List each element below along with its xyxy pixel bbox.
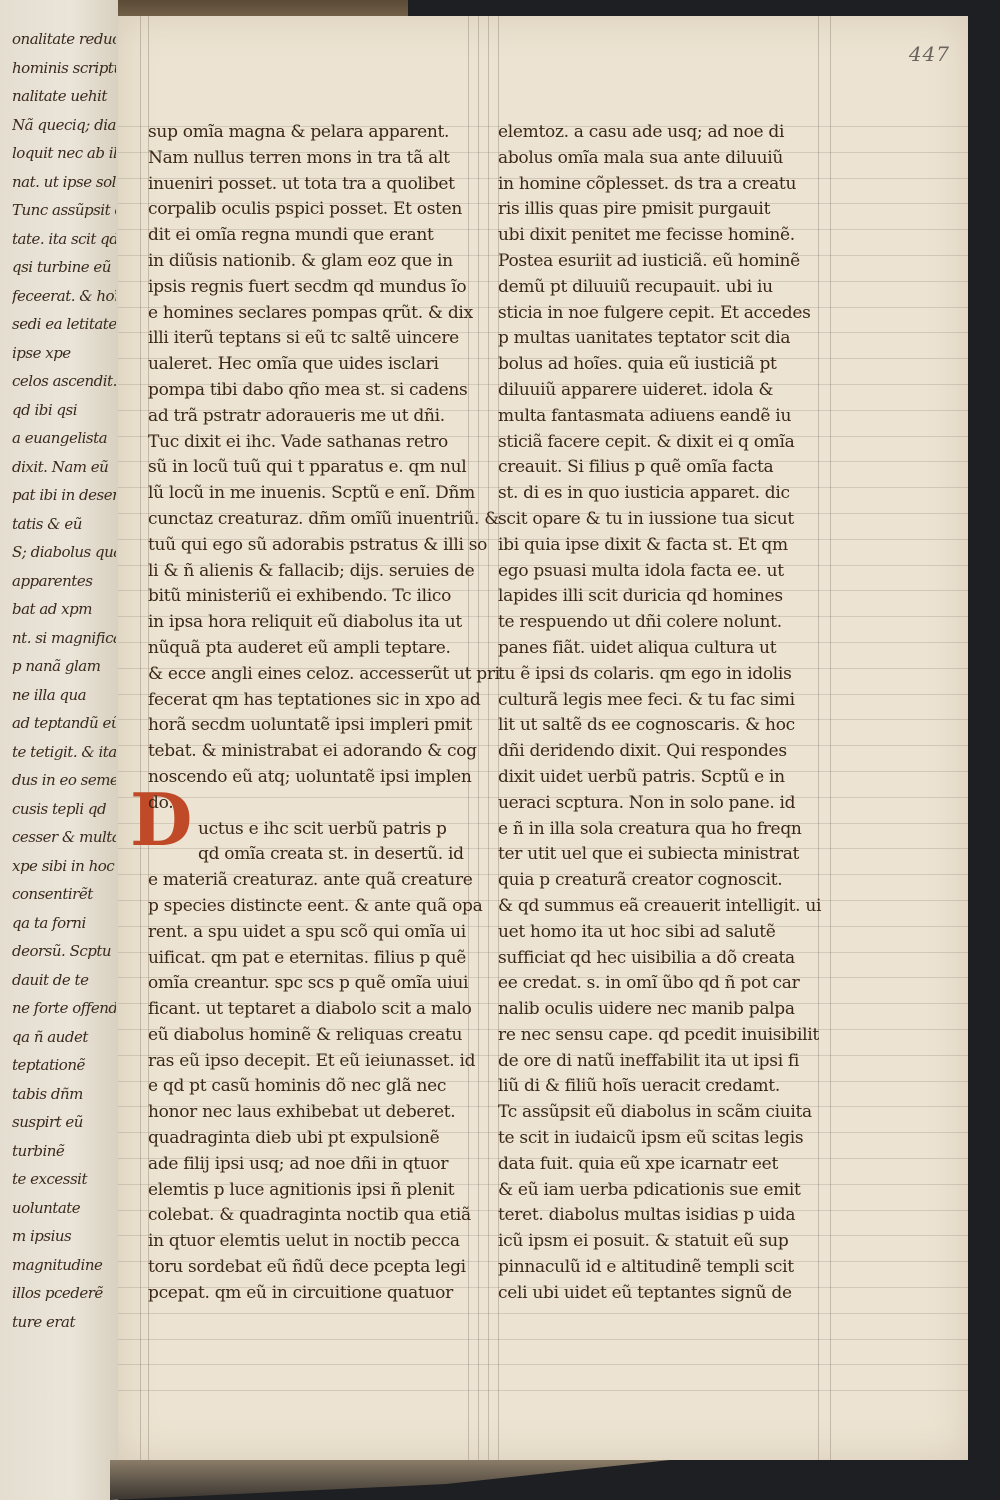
facing-page-text-line: xpe sibi in hoc	[12, 857, 116, 875]
ruling-line	[118, 1313, 968, 1314]
text-line: dit ei omĩa regna mundi que erant	[148, 223, 478, 249]
folio-number: 447	[909, 42, 950, 66]
text-line: uet homo ita ut hoc sibi ad salutẽ	[498, 920, 828, 946]
facing-page-text-line: teptationẽ	[12, 1056, 116, 1074]
text-line: de ore di natũ ineffabilit ita ut ipsi f…	[498, 1049, 828, 1075]
facing-page-text-line: bat ad xpm	[12, 600, 116, 618]
text-line: cunctaz creaturaz. dñm omĩũ inuentriũ. &	[148, 507, 478, 533]
text-line: sticiã facere cepit. & dixit ei q omĩa	[498, 430, 828, 456]
text-line: sũ in locũ tuũ qui t pparatus e. qm nul	[148, 455, 478, 481]
facing-page-text-line: qa ñ audet	[12, 1028, 116, 1046]
text-line: toru sordebat eũ ñdũ dece pcepta legi	[148, 1255, 478, 1281]
text-line: nalib oculis uidere nec manib palpa	[498, 997, 828, 1023]
facing-page-text-line: suspirt eũ	[12, 1113, 116, 1131]
text-line: ibi quia ipse dixit & facta st. Et qm	[498, 533, 828, 559]
text-line: bitũ ministeriũ ei exhibendo. Tc ilico	[148, 584, 478, 610]
text-line: e homines seclares pompas qrũt. & dix	[148, 301, 478, 327]
text-line: e qd pt casũ hominis dõ nec glã nec	[148, 1074, 478, 1100]
text-line: Postea esuriit ad iusticiã. eũ hominẽ	[498, 249, 828, 275]
ruling-line	[118, 1364, 968, 1365]
text-line: qd omĩa creata st. in desertũ. id	[148, 842, 478, 868]
binding-edge-bottom	[110, 1460, 670, 1500]
text-line: teret. diabolus multas isidias p uida	[498, 1203, 828, 1229]
text-line: honor nec laus exhibebat ut deberet.	[148, 1100, 478, 1126]
text-line: p multas uanitates teptator scit dia	[498, 326, 828, 352]
ruling-line	[140, 16, 141, 1460]
facing-page-text-line: nalitate uehit	[12, 87, 116, 105]
text-line: e ñ in illa sola creatura qua ho freqn	[498, 817, 828, 843]
text-line: dixit uidet uerbũ patris. Scptũ e in	[498, 765, 828, 791]
facing-page-text-line: ture erat	[12, 1313, 116, 1331]
text-line: uctus e ihc scit uerbũ patris p	[148, 817, 478, 843]
text-line: elemtoz. a casu ade usq; ad noe di	[498, 120, 828, 146]
text-column-right: elemtoz. a casu ade usq; ad noe diabolus…	[498, 120, 828, 1307]
text-column-left: sup omĩa magna & pelara apparent.Nam nul…	[148, 120, 478, 1307]
text-line: tebat. & ministrabat ei adorando & cog	[148, 739, 478, 765]
facing-page-text-line: hominis scripturas	[12, 59, 116, 77]
text-line: ad trã pstratr adoraueris me ut dñi.	[148, 404, 478, 430]
text-line: li & ñ alienis & fallacib; dijs. seruies…	[148, 559, 478, 585]
text-line: sup omĩa magna & pelara apparent.	[148, 120, 478, 146]
text-line: panes fiãt. uidet aliqua cultura ut	[498, 636, 828, 662]
facing-page-text-line: m ipsius	[12, 1227, 116, 1245]
text-line: sufficiat qd hec uisibilia a dõ creata	[498, 946, 828, 972]
facing-page-text-line: qsi turbine eũ	[12, 258, 116, 276]
text-line: inueniri posset. ut tota tra a quolibet	[148, 172, 478, 198]
facing-page-text-line: deorsũ. Scptu	[12, 942, 116, 960]
text-line: ficant. ut teptaret a diabolo scit a mal…	[148, 997, 478, 1023]
facing-page-text-line: tatis & eũ	[12, 515, 116, 533]
text-line: ter utit uel que ei subiecta ministrat	[498, 842, 828, 868]
facing-page-text-line: pat ibi in deserto	[12, 486, 116, 504]
text-line: culturã legis mee feci. & tu fac simi	[498, 688, 828, 714]
facing-page-text-line: S; diabolus qua	[12, 543, 116, 561]
text-line: celi ubi uidet eũ teptantes signũ de	[498, 1281, 828, 1307]
text-line: liũ di & filiũ hoĩs ueracit credamt.	[498, 1074, 828, 1100]
facing-page-text-line: dixit. Nam eũ	[12, 458, 116, 476]
manuscript-folio: 447 D sup omĩa magna & pelara apparent.N…	[118, 16, 968, 1460]
facing-page-text-line: nt. si magnifica	[12, 629, 116, 647]
text-line: & ecce angli eines celoz. accesserũt ut …	[148, 662, 478, 688]
text-line: ras eũ ipso decepit. Et eũ ieiunasset. i…	[148, 1049, 478, 1075]
text-line: bolus ad hoĩes. quia eũ iusticiã pt	[498, 352, 828, 378]
ruling-line	[830, 16, 831, 1460]
text-line: in diũsis nationib. & glam eoz que in	[148, 249, 478, 275]
facing-page-text-line: uoluntate	[12, 1199, 116, 1217]
facing-page-text-line: apparentes	[12, 572, 116, 590]
text-line: ego psuasi multa idola facta ee. ut	[498, 559, 828, 585]
facing-page-text-line: ipse xpe	[12, 344, 116, 362]
text-line: diluuiũ apparere uideret. idola &	[498, 378, 828, 404]
text-line: te scit in iudaicũ ipsm eũ scitas legis	[498, 1126, 828, 1152]
text-line: ueraci scptura. Non in solo pane. id	[498, 791, 828, 817]
facing-page-text-line: ne forte offendat	[12, 999, 116, 1017]
text-line: sticia in noe fulgere cepit. Et accedes	[498, 301, 828, 327]
facing-page-text-line: dauit de te	[12, 971, 116, 989]
facing-page-text-line: loquit nec ab illo	[12, 144, 116, 162]
text-line: illi iterũ teptans si eũ tc saltẽ uincer…	[148, 326, 478, 352]
text-line: quia p creaturã creator cognoscit.	[498, 868, 828, 894]
text-line: uificat. qm pat e eternitas. filius p qu…	[148, 946, 478, 972]
text-line: colebat. & quadraginta noctib qua etiã	[148, 1203, 478, 1229]
text-line: p species distincte eent. & ante quã opa	[148, 894, 478, 920]
text-line: eũ diabolus hominẽ & reliquas creatu	[148, 1023, 478, 1049]
ruling-line	[118, 1390, 968, 1391]
text-line: horã secdm uoluntatẽ ipsi impleri pmit	[148, 713, 478, 739]
text-line: icũ ipsm ei posuit. & statuit eũ sup	[498, 1229, 828, 1255]
text-line: ubi dixit penitet me fecisse hominẽ.	[498, 223, 828, 249]
facing-page-text-line: tabis dñm	[12, 1085, 116, 1103]
facing-page-text-line: a euangelista	[12, 429, 116, 447]
ruling-line	[488, 16, 489, 1460]
facing-page-text-line: illos pcederẽ	[12, 1284, 116, 1302]
facing-page-text-line: cesser & multa	[12, 828, 116, 846]
facing-page-text-line: qd ibi qsi	[12, 401, 116, 419]
facing-page-text-line: celos ascendit.	[12, 372, 116, 390]
facing-page-text-line: Tunc assũpsit eũ	[12, 201, 116, 219]
facing-page-text-line: dus in eo semen	[12, 771, 116, 789]
text-line: do.	[148, 791, 478, 817]
text-line: abolus omĩa mala sua ante diluuiũ	[498, 146, 828, 172]
text-line: te respuendo ut dñi colere nolunt.	[498, 610, 828, 636]
text-line: tuũ qui ego sũ adorabis pstratus & illi …	[148, 533, 478, 559]
text-line: noscendo eũ atq; uoluntatẽ ipsi implen	[148, 765, 478, 791]
ruling-line	[478, 16, 479, 1460]
text-line: creauit. Si filius p quẽ omĩa facta	[498, 455, 828, 481]
text-line: ipsis regnis fuert secdm qd mundus ĩo	[148, 275, 478, 301]
facing-page-text-line: p nanã glam	[12, 657, 116, 675]
text-line: multa fantasmata adiuens eandẽ iu	[498, 404, 828, 430]
facing-page-text-line: onalitate reducer.	[12, 30, 116, 48]
facing-page-text-line: nat. ut ipse solus	[12, 173, 116, 191]
facing-page-text-line: te tetigit. & ita	[12, 743, 116, 761]
facing-page-text-line: turbinẽ	[12, 1142, 116, 1160]
ruling-line	[118, 1339, 968, 1340]
text-line: in qtuor elemtis uelut in noctib pecca	[148, 1229, 478, 1255]
facing-page-text-line: tate. ita scit qd diabol	[12, 230, 116, 248]
text-line: lit ut saltẽ ds ee cognoscaris. & hoc	[498, 713, 828, 739]
text-line: Tuc dixit ei ihc. Vade sathanas retro	[148, 430, 478, 456]
text-line: omĩa creantur. spc scs p quẽ omĩa uiui	[148, 971, 478, 997]
facing-page-text-line: qa ta forni	[12, 914, 116, 932]
facing-page-text-line: te excessit	[12, 1170, 116, 1188]
text-line: ris illis quas pire pmisit purgauit	[498, 197, 828, 223]
text-line: corpalib oculis pspici posset. Et osten	[148, 197, 478, 223]
text-line: rent. a spu uidet a spu scõ qui omĩa ui	[148, 920, 478, 946]
facing-page-text-line: feceerat. & hoĩe	[12, 287, 116, 305]
facing-page-text-line: Nã queciq; diabolus	[12, 116, 116, 134]
text-line: Nam nullus terren mons in tra tã alt	[148, 146, 478, 172]
text-line: ee credat. s. in omĩ ũbo qd ñ pot car	[498, 971, 828, 997]
facing-page-text-line: consentirẽt	[12, 885, 116, 903]
text-line: lapides illi scit duricia qd homines	[498, 584, 828, 610]
text-line: scit opare & tu in iussione tua sicut	[498, 507, 828, 533]
text-line: e materiã creaturaz. ante quã creature	[148, 868, 478, 894]
facing-page-left: onalitate reducer.hominis scripturasnali…	[0, 0, 118, 1500]
text-line: Tc assũpsit eũ diabolus in scãm ciuita	[498, 1100, 828, 1126]
text-line: in homine cõplesset. ds tra a creatu	[498, 172, 828, 198]
text-line: in ipsa hora reliquit eũ diabolus ita ut	[148, 610, 478, 636]
text-line: nũquã pta auderet eũ ampli teptare.	[148, 636, 478, 662]
text-line: ualeret. Hec omĩa que uides isclari	[148, 352, 478, 378]
text-line: fecerat qm has teptationes sic in xpo ad	[148, 688, 478, 714]
text-line: & qd summus eã creauerit intelligit. ui	[498, 894, 828, 920]
facing-page-text-line: magnitudine	[12, 1256, 116, 1274]
text-line: pinnaculũ id e altitudinẽ templi scit	[498, 1255, 828, 1281]
text-line: quadraginta dieb ubi pt expulsionẽ	[148, 1126, 478, 1152]
text-line: tu ẽ ipsi ds colaris. qm ego in idolis	[498, 662, 828, 688]
text-line: lũ locũ in me inuenis. Scptũ e enĩ. Dñm	[148, 481, 478, 507]
facing-page-text-line: cusis tepli qd	[12, 800, 116, 818]
text-line: pompa tibi dabo qño mea st. si cadens	[148, 378, 478, 404]
text-line: pcepat. qm eũ in circuitione quatuor	[148, 1281, 478, 1307]
text-line: st. di es in quo iusticia apparet. dic	[498, 481, 828, 507]
text-line: demũ pt diluuiũ recupauit. ubi iu	[498, 275, 828, 301]
text-line: ade filij ipsi usq; ad noe dñi in qtuor	[148, 1152, 478, 1178]
text-line: re nec sensu cape. qd pcedit inuisibilit	[498, 1023, 828, 1049]
text-line: elemtis p luce agnitionis ipsi ñ plenit	[148, 1178, 478, 1204]
text-line: dñi deridendo dixit. Qui respondes	[498, 739, 828, 765]
facing-page-text-line: sedi ea letitate	[12, 315, 116, 333]
facing-page-text-line: ne illa qua	[12, 686, 116, 704]
text-line: data fuit. quia eũ xpe icarnatr eet	[498, 1152, 828, 1178]
facing-page-text-line: ad teptandũ eũ	[12, 714, 116, 732]
text-line: & eũ iam uerba pdicationis sue emit	[498, 1178, 828, 1204]
